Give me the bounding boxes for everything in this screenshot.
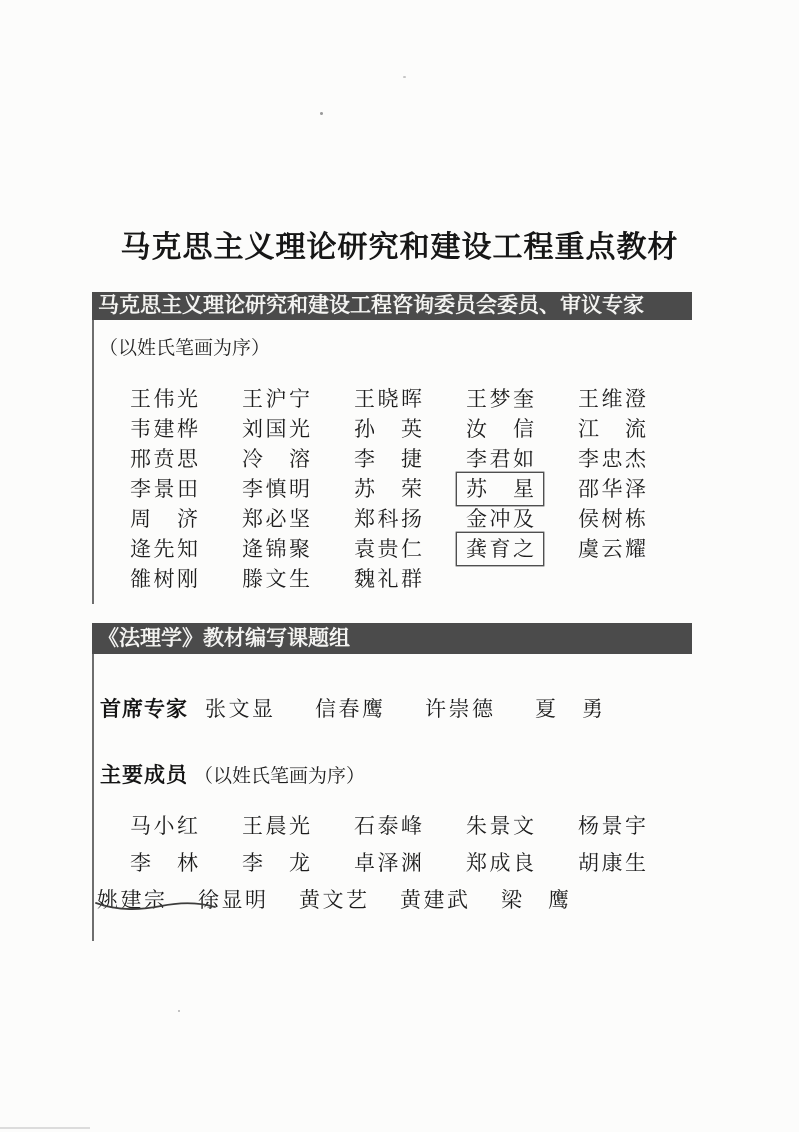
person-name: 邵华泽 — [578, 474, 646, 504]
person-name: 黄建武 — [400, 882, 468, 919]
person-name: 滕文生 — [242, 564, 310, 594]
person-name: 王梦奎 — [466, 384, 534, 414]
committee-name-grid: 王伟光王沪宁王晓晖王梦奎王维澄韦建桦刘国光孙英汝信江流邢贲思冷溶李捷李君如李忠杰… — [130, 384, 646, 594]
person-name: 卓泽渊 — [354, 845, 422, 882]
person-name: 夏勇 — [535, 694, 603, 724]
person-name: 李龙 — [242, 845, 310, 882]
name-row: 周济郑必坚郑科扬金冲及侯树栋 — [130, 504, 646, 534]
committee-section-left-border — [92, 320, 94, 604]
person-name: 梁鹰 — [501, 882, 569, 919]
person-name: 苏荣 — [354, 474, 422, 504]
name-row: 雒树刚滕文生魏礼群 — [130, 564, 646, 594]
scan-speck — [320, 112, 323, 115]
person-name: 王伟光 — [130, 384, 198, 414]
name-row: 李景田李慎明苏荣苏星邵华泽 — [130, 474, 646, 504]
person-name: 李林 — [130, 845, 198, 882]
person-name: 朱景文 — [466, 808, 534, 845]
committee-sort-note: （以姓氏笔画为序） — [99, 333, 270, 360]
person-name: 韦建桦 — [130, 414, 198, 444]
person-name: 郑必坚 — [242, 504, 310, 534]
chief-experts-label: 首席专家 — [100, 695, 188, 725]
person-name: 侯树栋 — [578, 504, 646, 534]
person-name: 逄先知 — [130, 534, 198, 564]
person-name: 龚育之 — [457, 533, 543, 565]
chief-experts-names: 张文显 信春鹰 许崇德 夏勇 — [205, 694, 603, 724]
person-name: 苏星 — [457, 473, 543, 505]
person-name: 李慎明 — [242, 474, 310, 504]
name-row: 王伟光王沪宁王晓晖王梦奎王维澄 — [130, 384, 646, 414]
person-name: 江流 — [578, 414, 646, 444]
person-name: 王晓晖 — [354, 384, 422, 414]
person-name: 孙英 — [354, 414, 422, 444]
person-name: 汝信 — [466, 414, 534, 444]
person-name: 石泰峰 — [354, 808, 422, 845]
person-name: 黄文艺 — [299, 882, 367, 919]
textbook-group-header-bar: 《法理学》教材编写课题组 — [92, 623, 692, 654]
person-name: 信春鹰 — [315, 694, 383, 724]
person-name: 李君如 — [466, 444, 534, 474]
members-sort-note: （以姓氏笔画为序） — [194, 762, 365, 792]
person-name: 李捷 — [354, 444, 422, 474]
scanned-document-page: 马克思主义理论研究和建设工程重点教材 马克思主义理论研究和建设工程咨询委员会委员… — [0, 0, 799, 1132]
chief-experts-row: 首席专家 张文显 信春鹰 许崇德 夏勇 — [100, 694, 603, 724]
person-name: 许崇德 — [425, 694, 493, 724]
name-row: 李林李龙卓泽渊郑成良胡康生 — [130, 845, 646, 882]
members-label: 主要成员 — [100, 761, 188, 791]
person-name: 刘国光 — [242, 414, 310, 444]
scan-speck — [178, 1010, 180, 1012]
name-row: 邢贲思冷溶李捷李君如李忠杰 — [130, 444, 646, 474]
person-name: 周济 — [130, 504, 198, 534]
handwritten-underline — [93, 897, 219, 913]
person-name: 胡康生 — [578, 845, 646, 882]
committee-section-header-bar: 马克思主义理论研究和建设工程咨询委员会委员、审议专家 — [92, 292, 692, 320]
person-name: 张文显 — [205, 694, 273, 724]
person-name: 金冲及 — [466, 504, 534, 534]
person-name: 王维澄 — [578, 384, 646, 414]
person-name: 虞云耀 — [578, 534, 646, 564]
name-row: 马小红王晨光石泰峰朱景文杨景宇 — [130, 808, 646, 845]
person-name: 王晨光 — [242, 808, 310, 845]
members-heading: 主要成员 （以姓氏笔画为序） — [100, 761, 365, 791]
person-name: 冷溶 — [242, 444, 310, 474]
page-title: 马克思主义理论研究和建设工程重点教材 — [0, 222, 799, 266]
person-name: 雒树刚 — [130, 564, 198, 594]
person-name: 袁贵仁 — [354, 534, 422, 564]
person-name: 李忠杰 — [578, 444, 646, 474]
person-name: 魏礼群 — [354, 564, 422, 594]
person-name: 王沪宁 — [242, 384, 310, 414]
scan-speck — [403, 76, 406, 78]
person-name: 郑成良 — [466, 845, 534, 882]
person-name: 逄锦聚 — [242, 534, 310, 564]
person-name: 李景田 — [130, 474, 198, 504]
name-row: 逄先知逄锦聚袁贵仁龚育之虞云耀 — [130, 534, 646, 564]
scan-edge-smudge — [0, 1127, 90, 1129]
name-row: 韦建桦刘国光孙英汝信江流 — [130, 414, 646, 444]
person-name: 马小红 — [130, 808, 198, 845]
person-name: 郑科扬 — [354, 504, 422, 534]
person-name: 邢贲思 — [130, 444, 198, 474]
person-name: 杨景宇 — [578, 808, 646, 845]
